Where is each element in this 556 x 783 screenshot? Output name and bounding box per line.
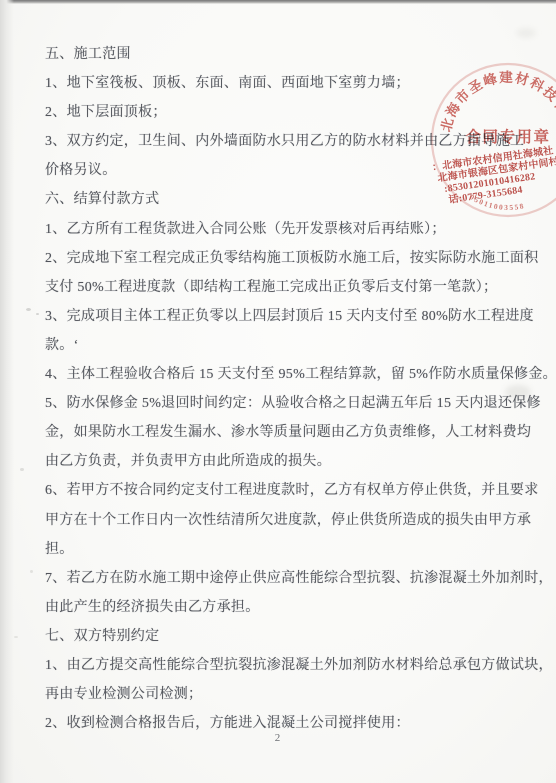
text-line: 3、完成项目主体工程正负零以上四层封顶后 15 天内支付至 80%防水工程进度 [45,302,537,331]
text-line: 支付 50%工程进度款（即结构工程施工完成出正负零后支付第一笔款）； [45,273,537,302]
text-line: 甲方在十个工作日内一次性结清所欠进度款，停止供货所造成的损失由甲方承 [45,506,537,535]
scan-speck [20,468,24,471]
scan-speck [26,308,31,311]
seal-graphic: 北海市圣峰建材科技有限公司 合同专用章 ：北海市农村信用社海城社 北海市银海区包… [404,36,556,236]
text-line: 4、主体工程验收合格后 15 天支付至 95%工程结算款，留 5%作防水质量保修… [45,360,537,389]
text-line: 由此产生的经济损失由乙方承担。 [45,593,537,622]
text-line: 5、防水保修金 5%退回时间约定：从验收合格之日起满五年后 15 天内退还保修 [45,389,537,418]
text-line: 1、由乙方提交高性能综合型抗裂抗渗混凝土外加剂防水材料给总承包方做试块， [45,651,537,680]
scan-speck [14,636,18,638]
text-line: 由乙方负责，并负责甲方由此所造成的损失。 [45,447,537,476]
text-line: 款。‘ [45,331,537,360]
scan-speck [30,570,33,573]
text-line: 6、若甲方不按合同约定支付工程进度款时，乙方有权单方停止供货，并且要求 [45,476,537,505]
seal-bank-info: ：北海市农村信用社海城社 北海市银海区包家村中间村 :8530120101041… [431,143,556,208]
scan-speck [36,313,39,315]
page-number: 2 [0,732,556,744]
text-line: 再由专业检测公司检测； [45,680,537,709]
scanner-left-edge [0,0,14,783]
text-line: 七、双方特别约定 [45,622,537,651]
scanner-top-edge [0,0,556,4]
contract-seal-stamp: 北海市圣峰建材科技有限公司 合同专用章 ：北海市农村信用社海城社 北海市银海区包… [404,36,556,236]
seal-center-label: 合同专用章 [465,127,550,146]
text-line: 2、完成地下室工程完成正负零结构施工顶板防水施工后，按实际防水施工面积 [45,244,537,273]
scanned-contract-page: 五、施工范围1、地下室筏板、顶板、东面、南面、西面地下室剪力墙；2、地下层面顶板… [0,0,556,783]
text-line: 担。 [45,535,537,564]
text-line: 金，如果防水工程发生漏水、渗水等质量问题由乙方负责维修，人工材料费均 [45,418,537,447]
text-line: 7、若乙方在防水施工期中途停止供应高性能综合型抗裂、抗渗混凝土外加剂时， [45,564,537,593]
